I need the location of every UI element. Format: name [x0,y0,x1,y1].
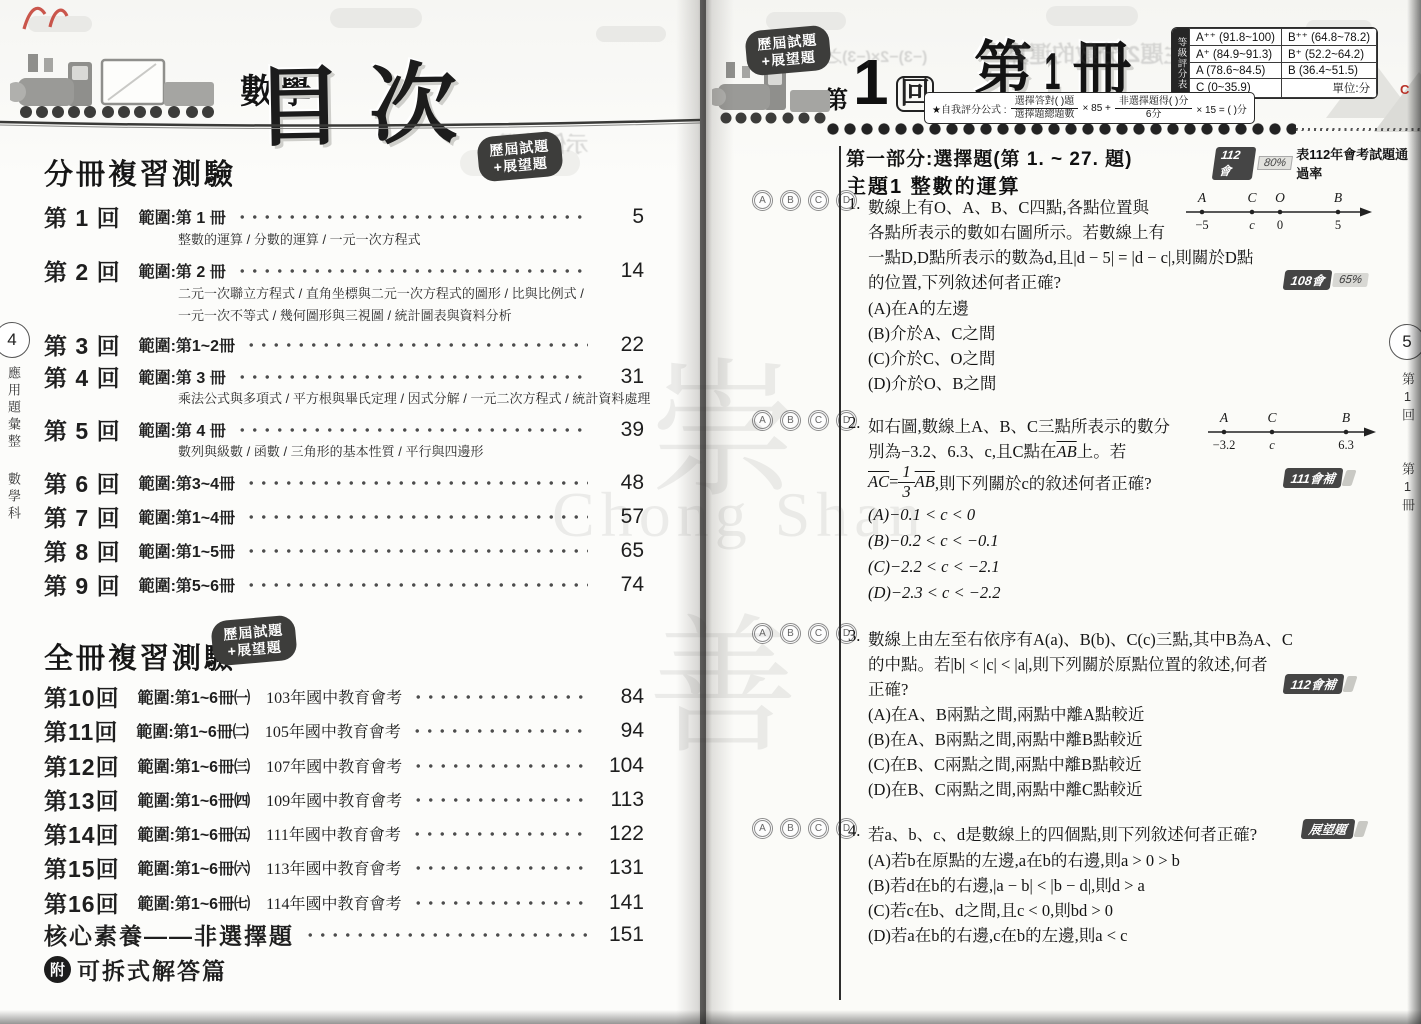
toc-range: 範圍:第1~2冊 [139,333,235,356]
toc-range: 範圍:第1~4冊 [139,505,235,528]
bubble-a: A [752,623,773,644]
toc-page: 39 [598,418,644,442]
bubble-c: C [808,818,829,839]
page-title: 目次 [254,34,484,164]
toc-range: 範圍:第3~4冊 [139,471,235,494]
toc-round: 第12回 [44,749,120,782]
pass-rate-badge: 112會 [1212,147,1257,180]
question-line: 一點D,D點所表示的數為d,且|d − 5| = |d − c|,則關於D點 [868,244,1253,268]
option-a: (A)若b在原點的左邊,a在b的右邊,則a > 0 > b [868,847,1180,871]
toc-round: 第13回 [44,783,120,816]
toc-subline: 數列與級數 / 函數 / 三角形的基本性質 / 平行與四邊形 [178,441,484,460]
question-line: AC = 1 3 AB ,則下列關於c的敘述何者正確? [868,463,1152,502]
formula-fraction: 選擇答對( )題 選擇題總題數 [1011,96,1079,120]
toc-page: 131 [598,856,644,880]
toc-range: 範圍:第1~6冊㈥ [138,856,250,879]
toc-page: 5 [598,205,644,229]
dot-leader [236,211,588,223]
page-number-left: 4 [0,322,30,358]
option-c: (C)−2.2 < c < −2.1 [868,557,1000,577]
bubble-c: C [808,410,829,431]
toc-row: 第10回 範圍:第1~6冊㈠ 103年國中教育會考 84 [44,680,644,713]
scan-edge [0,1010,1421,1024]
question-line: 的中點。若|b| < |c| < |a|,則下列關於原點位置的敘述,何者 [868,651,1268,675]
toc-round: 第10回 [44,680,120,713]
dot-leader [412,691,588,703]
question-number: 4. [848,821,860,841]
number-line-figure-q1: A C O B −5 c 0 5 [1184,188,1374,236]
toc-range: 範圍:第1~6冊㈦ [138,891,250,914]
red-pen-marks [18,0,74,34]
toc-subline: 乘法公式與多項式 / 平方根與畢氏定理 / 因式分解 / 一元二次方程式 / 統… [178,388,650,407]
toc-range: 範圍:第1~6冊㈤ [138,822,250,845]
option-b: (B)−0.2 < c < −0.1 [868,531,999,551]
toc-round: 第11回 [44,714,118,747]
question-source-badge: 展望題 [1302,819,1366,839]
toc-row: 第12回 範圍:第1~6冊㈢ 107年國中教育會考 104 [44,749,644,782]
option-a: (A)在A、B兩點之間,兩點中離A點較近 [868,701,1144,725]
dot-leader [236,265,588,277]
core-row: 核心素養——非選擇題 151 [44,918,644,951]
toc-range: 範圍:第 1 冊 [139,205,226,228]
toc-row: 第14回 範圍:第1~6冊㈤ 111年國中教育會考 122 [44,817,644,850]
toc-range: 範圍:第1~6冊㈢ [138,754,250,777]
toc-page: 31 [598,365,644,389]
formula-label: ★自我評分公式 : [932,101,1007,116]
toc-range: 範圍:第 4 冊 [139,418,226,441]
svg-text:C: C [1247,190,1257,205]
option-a: (A)−0.1 < c < 0 [868,505,975,525]
dot-leader [236,371,588,383]
question-number: 3. [848,626,860,646]
book-scan: 示例說明 數學 目次 [0,0,1421,1024]
toc-page: 122 [598,822,644,846]
svg-text:6.3: 6.3 [1338,438,1354,452]
bleed-through-text: 主題2 分數的運算 [1006,36,1186,69]
question-number: 2. [848,413,860,433]
toc-round: 第 2 回 [44,254,121,287]
toc-note: 111年國中教育會考 [266,822,401,845]
bubble-b: B [780,410,801,431]
toc-range: 範圍:第5~6冊 [139,573,235,596]
grade-cell: B⁺⁺ (64.8~78.2) [1281,29,1376,46]
toc-note: 107年國中教育會考 [266,754,402,777]
fraction: 1 3 [898,463,914,502]
formula-numerator: 選擇答對( )題 [1011,96,1078,109]
toc-page: 84 [598,685,644,709]
track-line [1296,128,1421,131]
cloud-icon [330,8,422,28]
svg-text:0: 0 [1277,218,1283,232]
toc-range: 範圍:第1~6冊㈠ [138,685,250,708]
core-page: 151 [598,923,644,947]
toc-note: 113年國中教育會考 [266,856,401,879]
part-title: 第一部分:選擇題(第 1. ~ 27. 題) [846,144,1132,171]
option-d: (D)介於O、B之間 [868,370,996,394]
dot-leader [412,862,589,874]
svg-text:c: c [1249,218,1255,232]
pass-rate-pct: 80% [1257,156,1293,170]
dot-leader [245,511,588,523]
svg-text:C: C [1267,410,1277,425]
dot-leader [245,579,588,591]
toc-page: 22 [598,333,644,357]
svg-text:c: c [1269,438,1275,452]
question-line: 數線上由左至右依序有A(a)、B(b)、C(c)三點,其中B為A、C [868,626,1293,650]
toc-page: 14 [598,259,644,283]
toc-range: 範圍:第 3 冊 [139,365,226,388]
toc-row: 第13回 範圍:第1~6冊㈣ 109年國中教育會考 113 [44,783,644,816]
option-d: (D)在B、C兩點之間,兩點中離C點較近 [868,776,1143,800]
question-line: 的位置,下列敘述何者正確? [868,269,1061,293]
svg-text:A: A [1197,190,1207,205]
number-line-figure-q2: A C B −3.2 c 6.3 [1206,408,1378,456]
cloud-icon [596,26,666,42]
grade-table: 等級評分表 A⁺⁺ (91.8~100) B⁺⁺ (64.8~78.2) A⁺ … [1171,27,1378,99]
toc-round: 第 1 回 [44,200,121,233]
toc-page: 141 [598,891,644,915]
section1-title: 分冊複習測驗 [44,152,236,193]
dot-leader [411,828,588,840]
svg-text:5: 5 [1335,218,1341,232]
question-source-badge: 108會 65% [1284,270,1368,290]
question-source-badge: 111會補 [1284,468,1354,488]
scoring-formula: ★自我評分公式 : 選擇答對( )題 選擇題總題數 × 85 + 非選擇題得( … [924,92,1255,124]
svg-text:−3.2: −3.2 [1213,438,1236,452]
toc-round: 第14回 [44,817,120,850]
question-number: 1. [848,194,860,214]
toc-range: 範圍:第 2 冊 [139,259,226,282]
margin-tab-subject: 數學科 [4,472,23,523]
toc-subline: 二元一次聯立方程式 / 直角坐標與二元一次方程式的圖形 / 比與比例式 / [178,283,584,302]
toc-round: 第 5 回 [44,413,121,446]
bubble-a: A [752,190,773,211]
svg-text:B: B [1334,190,1342,205]
svg-text:B: B [1342,410,1350,425]
exam-badge: 歷屆試題 +展望題 [744,24,832,76]
answer-bubbles-q3: A B C D [752,623,857,644]
pass-rate-note: 112會 80% 表112年會考試題通過率 [1214,144,1421,182]
section1-badge: 歷屆試題 +展望題 [476,130,564,182]
formula-denominator: 選擇題總題數 [1011,109,1079,121]
grade-cell: A⁺⁺ (91.8~100) [1190,29,1282,46]
question-line: 正確? [868,676,908,700]
section2-title: 全冊複習測驗 [44,636,236,677]
dot-leader [245,477,588,489]
dot-leader [236,424,588,436]
dot-leader [245,545,588,557]
answer-bubbles-q2: A B C D [752,410,857,431]
bubble-b: B [780,818,801,839]
toc-round: 第 8 回 [44,534,121,567]
option-c: (C)若c在b、d之間,且c < 0,則bd > 0 [868,897,1113,921]
formula-operator: × 85 + [1083,103,1111,114]
toc-row: 第16回 範圍:第1~6冊㈦ 114年國中教育會考 141 [44,886,644,919]
appendix-label: 可拆式解答篇 [77,953,227,986]
question-line: 如右圖,數線上A、B、C三點所表示的數分 [868,413,1170,437]
wheel-dots [826,122,1296,137]
bubble-b: B [780,190,801,211]
toc-round: 第 3 回 [44,328,121,361]
grade-cell: A (78.6~84.5) [1190,63,1282,79]
option-b: (B)在A、B兩點之間,兩點中離B點較近 [868,726,1143,750]
margin-tab-series: 應用題彙整 [4,366,23,451]
question-line: 別為−3.2、6.3、c,且C點在AB上。若 [868,438,1126,462]
toc-round: 第 4 回 [44,360,121,393]
bleed-through-text: (−3)−2×(−3)之 [826,44,927,67]
page-edge-fragment: C [1400,82,1409,97]
left-page: 示例說明 數學 目次 [0,0,700,1024]
grade-unit-cell: 單位:分 [1281,79,1376,98]
bubble-a: A [752,410,773,431]
svg-text:−5: −5 [1195,218,1208,232]
core-label: 核心素養——非選擇題 [44,918,294,951]
grade-table-body: A⁺⁺ (91.8~100) B⁺⁺ (64.8~78.2) A⁺ (84.9~… [1189,28,1377,98]
toc-round: 第 6 回 [44,466,121,499]
toc-round: 第16回 [44,886,120,919]
toc-row: 第 3 回 範圍:第1~2冊 22 [44,328,644,361]
option-c: (C)介於C、O之間 [868,345,995,369]
toc-page: 48 [598,471,644,495]
toc-page: 104 [598,754,644,778]
toc-page: 57 [598,505,644,529]
answer-column-divider [839,146,841,1000]
bubble-a: A [752,818,773,839]
right-page: 主題2 分數的運算 (−3)−2×(−3)之 歷屆試題 +展望題 第 1 回 [706,0,1421,1024]
formula-numerator: 非選擇題得( )分 [1115,96,1192,109]
toc-range: 範圍:第1~5冊 [139,539,235,562]
option-b: (B)介於A、C之間 [868,320,995,344]
pass-rate-text: 表112年會考試題通過率 [1296,144,1421,182]
dot-leader [412,897,589,909]
toc-range: 範圍:第1~6冊㈣ [138,788,250,811]
toc-row: 第15回 範圍:第1~6冊㈥ 113年國中教育會考 131 [44,851,644,884]
question-line: 各點所表示的數如右圖所示。若數線上有 [868,219,1165,243]
cloud-icon [1046,6,1138,26]
toc-page: 94 [598,719,644,743]
toc-page: 65 [598,539,644,563]
toc-round: 第 7 回 [44,500,121,533]
bubble-c: C [808,190,829,211]
appendix-row: 附 可拆式解答篇 [44,953,644,986]
answer-bubbles-q1: A B C D [752,190,857,211]
appendix-badge: 附 [44,956,71,983]
toc-subline: 一元一次不等式 / 幾何圖形與三視圖 / 統計圖表與資料分析 [178,305,512,324]
rope-line [0,114,700,132]
dot-leader [412,794,588,806]
bubble-b: B [780,623,801,644]
toc-row: 第 7 回 範圍:第1~4冊 57 [44,500,644,533]
svg-text:A: A [1219,410,1229,425]
svg-text:O: O [1275,190,1285,205]
grade-cell: B (36.4~51.5) [1281,63,1376,79]
grade-cell: A⁺ (84.9~91.3) [1190,46,1282,63]
dot-leader [304,929,588,941]
answer-bubbles-q4: A B C D [752,818,857,839]
toc-row: 第 8 回 範圍:第1~5冊 65 [44,534,644,567]
dot-leader [412,760,588,772]
option-b: (B)若d在b的右邊,|a − b| < |b − d|,則d > a [868,872,1145,896]
toc-subline: 整數的運算 / 分數的運算 / 一元一次方程式 [178,229,421,248]
option-d: (D)若a在b的右邊,c在b的左邊,則a < c [868,922,1128,946]
toc-round: 第15回 [44,851,120,884]
toc-page: 74 [598,573,644,597]
option-a: (A)在A的左邊 [868,295,969,319]
question-line: 數線上有O、A、B、C四點,各點位置與 [868,194,1149,218]
option-d: (D)−2.3 < c < −2.2 [868,583,1001,603]
toc-round: 第 9 回 [44,568,121,601]
toc-note: 109年國中教育會考 [266,788,402,811]
grade-cell: B⁺ (52.2~64.2) [1281,46,1376,63]
scan-edge [1407,0,1421,1024]
toc-range: 範圍:第1~6冊㈡ [136,719,248,742]
bubble-c: C [808,623,829,644]
toc-row: 第 6 回 範圍:第3~4冊 48 [44,466,644,499]
option-c: (C)在B、C兩點之間,兩點中離B點較近 [868,751,1142,775]
question-line: 若a、b、c、d是數線上的四個點,則下列敘述何者正確? [868,821,1257,845]
toc-note: 114年國中教育會考 [266,891,401,914]
dot-leader [245,339,588,351]
section2-badge: 歷屆試題 +展望題 [210,614,298,666]
formula-fraction: 非選擇題得( )分 6分 [1115,96,1192,120]
toc-note: 103年國中教育會考 [266,685,402,708]
formula-operator: × 15 = ( )分 [1196,101,1247,116]
grade-table-header: 等級評分表 [1172,28,1189,98]
toc-row: 第11回 範圍:第1~6冊㈡ 105年國中教育會考 94 [44,714,644,747]
toc-note: 105年國中教育會考 [265,719,401,742]
question-source-badge: 112會補 [1284,674,1355,694]
toc-page: 113 [598,788,644,812]
dot-leader [411,725,588,737]
toc-row: 第 9 回 範圍:第5~6冊 74 [44,568,644,601]
formula-denominator: 6分 [1142,109,1166,121]
